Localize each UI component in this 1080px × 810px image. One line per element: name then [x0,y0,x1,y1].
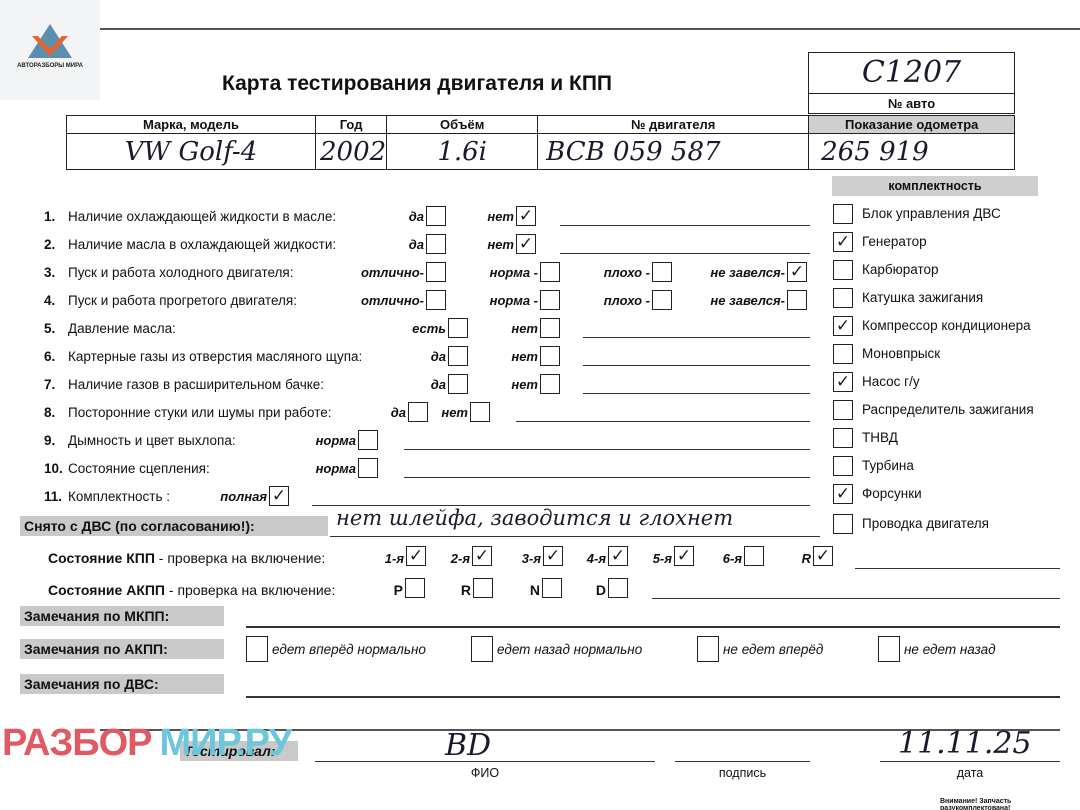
question-text: Картерные газы из отверстия масляного щу… [68,349,362,364]
question-number: 7. [44,377,68,392]
checkmark-icon: ✓ [519,236,533,253]
completeness-item-label: Насос г/у [862,374,920,389]
option-checkbox[interactable] [540,318,560,338]
car-number-label: № авто [809,93,1014,111]
option-label: плохо - [536,265,650,280]
completeness-item-label: Форсунки [862,486,922,501]
question-row: 1.Наличие охлаждающей жидкости в масле: [44,209,336,224]
top-divider [100,28,1080,30]
checkmark-icon: ✓ [836,318,850,335]
question-number: 1. [44,209,68,224]
option-label: норма [250,461,356,476]
option-label: отлично- [295,265,424,280]
option-label: нет [443,321,538,336]
question-number: 8. [44,405,68,420]
fio-label: ФИО [315,766,655,780]
remarks-akpp-label: Замечания по АКПП: [20,639,224,659]
question-row: 3.Пуск и работа холодного двигателя: [44,265,294,280]
checkmark-icon: ✓ [836,486,850,503]
position-label: D [592,582,606,598]
akpp-option-checkbox[interactable] [471,636,493,662]
comment-line[interactable] [583,337,810,338]
gear-label: 1-я [358,551,404,566]
question-row: 5.Давление масла: [44,321,176,336]
akpp-option-label: едет вперёд нормально [272,642,426,657]
comment-line[interactable] [404,477,810,478]
option-label: нет [376,405,468,420]
option-checkbox[interactable] [470,402,490,422]
completeness-item-label: Карбюратор [862,262,939,277]
logo: АВТОРАЗБОРЫ МИРА [0,0,100,100]
akpp-option-checkbox[interactable] [697,636,719,662]
akpp-option-checkbox[interactable] [246,636,268,662]
removed-label: Снято с ДВС (по согласованию!): [20,516,328,536]
completeness-item-label: ТНВД [862,430,898,445]
completeness-checkbox[interactable] [833,456,853,476]
comment-line[interactable] [583,365,810,366]
checkmark-icon: ✓ [272,488,286,505]
option-checkbox[interactable] [358,458,378,478]
checkmark-icon: ✓ [836,374,850,391]
auto-gearbox-label-rest: - проверка на включение: [165,582,335,598]
akpp-option-label: едет назад нормально [497,642,642,657]
completeness-item-label: Катушка зажигания [862,290,983,305]
akpp-option-checkbox[interactable] [878,636,900,662]
volume-value[interactable]: 1.6i [387,134,538,170]
option-label: да [365,349,446,364]
checkmark-icon: ✓ [546,548,560,565]
comment-line[interactable] [583,393,810,394]
position-checkbox[interactable] [405,578,425,598]
option-checkbox[interactable]: ✓ [516,234,536,254]
watermark-part1: РАЗБОР [2,722,151,764]
tested-date-value[interactable]: 11.11.25 [898,726,1032,761]
question-number: 3. [44,265,68,280]
question-text: Состояние сцепления: [68,461,210,476]
completeness-checkbox[interactable] [833,288,853,308]
watermark: РАЗБОРМИР.РУ [2,722,291,765]
completeness-item-label: Распределитель зажигания [862,402,1034,417]
option-label: полная [154,489,267,504]
gear-checkbox[interactable]: ✓ [608,546,628,566]
comment-line[interactable] [560,225,810,226]
question-row: 8.Посторонние стуки или шумы при работе: [44,405,332,420]
odometer-value[interactable]: 265 919 [809,134,1015,170]
header-make-model: Марка, модель [67,116,316,134]
completeness-checkbox[interactable] [833,260,853,280]
gear-checkbox[interactable]: ✓ [813,546,833,566]
position-checkbox[interactable] [542,578,562,598]
completeness-checkbox[interactable]: ✓ [833,484,853,504]
removed-value[interactable]: нет шлейфа, заводится и глохнет [336,506,733,530]
signature-line[interactable] [675,761,810,762]
year-value[interactable]: 2002 [316,134,387,170]
date-label: дата [880,766,1060,780]
auto-gearbox-label-bold: Состояние АКПП [48,582,165,598]
question-text: Посторонние стуки или шумы при работе: [68,405,332,420]
option-label: плохо - [536,293,650,308]
header-odometer: Показание одометра [809,116,1015,134]
option-label: норма - [420,265,538,280]
comment-line[interactable] [404,449,810,450]
question-number: 2. [44,237,68,252]
option-label: нет [420,209,514,224]
question-text: Пуск и работа холодного двигателя: [68,265,294,280]
option-label: норма - [420,293,538,308]
footer-note: Внимание! Запчасть разукомплектована! [940,798,1080,810]
completeness-header: комплектность [832,176,1038,196]
header-engine-number: № двигателя [538,116,809,134]
auto-gearbox-label: Состояние АКПП - проверка на включение: [48,582,335,598]
option-checkbox[interactable] [540,374,560,394]
completeness-item-label: Компрессор кондиционера [862,318,1031,333]
manual-gearbox-label-rest: - проверка на включение: [155,550,325,566]
gear-label: 4-я [560,551,606,566]
completeness-checkbox[interactable]: ✓ [833,372,853,392]
question-row: 10.Состояние сцепления: [44,461,210,476]
remarks-mkpp-line[interactable] [246,626,1060,628]
completeness-item-label: Турбина [862,458,914,473]
gear-label: R [788,551,811,566]
removed-line [330,536,820,537]
checkmark-icon: ✓ [677,548,691,565]
auto-gearbox-line [652,598,1060,599]
gear-label: 3-я [492,551,541,566]
car-number-value[interactable]: C1207 [809,55,1014,90]
car-number-box: C1207 № авто [808,52,1015,114]
watermark-part2: МИР.РУ [159,722,291,764]
question-row: 6.Картерные газы из отверстия масляного … [44,349,362,364]
completeness-item-label: Генератор [862,234,927,249]
question-number: 10. [44,461,68,476]
question-text: Наличие охлаждающей жидкости в масле: [68,209,336,224]
akpp-option-label: не едет назад [904,642,996,657]
checkmark-icon: ✓ [611,548,625,565]
gear-label: 5-я [628,551,672,566]
completeness-item-label: Блок управления ДВС [862,206,1001,221]
option-checkbox[interactable]: ✓ [516,206,536,226]
question-row: 9.Дымность и цвет выхлопа: [44,433,236,448]
position-label: P [389,582,403,598]
option-label: да [343,209,424,224]
question-number: 9. [44,433,68,448]
logo-text: АВТОРАЗБОРЫ МИРА [0,62,100,70]
question-number: 5. [44,321,68,336]
question-number: 6. [44,349,68,364]
make-model-value[interactable]: VW Golf-4 [67,134,316,170]
signature-label: подпись [675,766,810,780]
remarks-dvs-line[interactable] [246,696,1060,698]
option-label: нет [420,237,514,252]
gear-checkbox[interactable] [744,546,764,566]
question-row: 11.Комплектность : [44,489,170,504]
completeness-item-label: Проводка двигателя [862,516,989,531]
gear-checkbox[interactable]: ✓ [472,546,492,566]
completeness-item-label: Моновпрыск [862,346,940,361]
completeness-checkbox[interactable]: ✓ [833,232,853,252]
remarks-mkpp-label: Замечания по МКПП: [20,606,224,626]
position-label: N [526,582,540,598]
manual-gearbox-label: Состояние КПП - проверка на включение: [48,550,325,566]
mountain-chevron-logo-icon [28,22,72,60]
option-checkbox[interactable]: ✓ [269,486,289,506]
checkmark-icon: ✓ [790,264,804,281]
option-label: есть [345,321,446,336]
option-label: да [365,377,446,392]
question-text: Наличие масла в охлаждающей жидкости: [68,237,336,252]
completeness-checkbox[interactable] [833,514,853,534]
header-year: Год [316,116,387,134]
option-checkbox[interactable]: ✓ [787,262,807,282]
option-label: не завелся- [642,265,785,280]
position-checkbox[interactable] [473,578,493,598]
comment-line[interactable] [516,421,810,422]
page-title: Карта тестирования двигателя и КПП [222,72,612,96]
checkmark-icon: ✓ [409,548,423,565]
manual-gearbox-label-bold: Состояние КПП [48,550,155,566]
question-number: 11. [44,489,68,504]
gear-checkbox[interactable]: ✓ [406,546,426,566]
question-row: 4.Пуск и работа прогретого двигателя: [44,293,297,308]
option-label: норма [250,433,356,448]
question-text: Дымность и цвет выхлопа: [68,433,236,448]
question-text: Пуск и работа прогретого двигателя: [68,293,297,308]
manual-gearbox-line [855,568,1060,569]
engine-number-value[interactable]: BCB 059 587 [538,134,809,170]
completeness-checkbox[interactable] [833,204,853,224]
position-checkbox[interactable] [608,578,628,598]
gear-label: 6-я [696,551,742,566]
completeness-checkbox[interactable]: ✓ [833,316,853,336]
date-line [880,761,1060,762]
checkmark-icon: ✓ [816,548,830,565]
option-label: не завелся- [642,293,785,308]
fio-line [315,761,655,762]
question-text: Наличие газов в расширительном бачке: [68,377,324,392]
question-row: 7.Наличие газов в расширительном бачке: [44,377,324,392]
checkmark-icon: ✓ [519,208,533,225]
question-row: 2.Наличие масла в охлаждающей жидкости: [44,237,336,252]
checkmark-icon: ✓ [475,548,489,565]
gear-checkbox[interactable]: ✓ [674,546,694,566]
gear-label: 2-я [426,551,470,566]
option-checkbox[interactable] [540,346,560,366]
option-checkbox[interactable] [358,430,378,450]
tested-fio-value[interactable]: BD [445,728,491,763]
question-number: 4. [44,293,68,308]
vehicle-table: Марка, модель Год Объём № двигателя Пока… [66,115,1015,170]
question-text: Давление масла: [68,321,176,336]
completeness-checkbox[interactable] [833,428,853,448]
option-label: да [343,237,424,252]
comment-line[interactable] [560,253,810,254]
option-label: нет [443,377,538,392]
option-label: нет [443,349,538,364]
position-label: R [457,582,471,598]
akpp-option-label: не едет вперёд [723,642,823,657]
option-checkbox[interactable] [787,290,807,310]
completeness-checkbox[interactable] [833,344,853,364]
header-volume: Объём [387,116,538,134]
remarks-dvs-label: Замечания по ДВС: [20,674,224,694]
checkmark-icon: ✓ [836,234,850,251]
option-label: отлично- [295,293,424,308]
completeness-checkbox[interactable] [833,400,853,420]
